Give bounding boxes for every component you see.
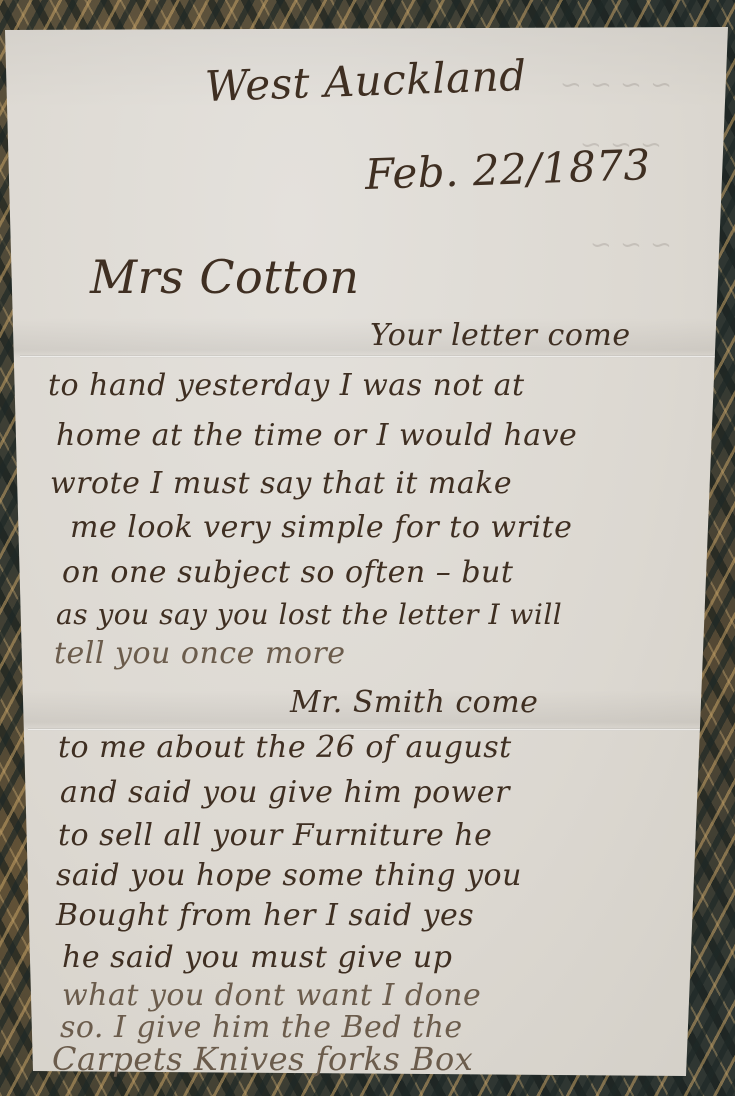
letter-line: to hand yesterday I was not at	[48, 368, 525, 403]
letter-line: as you say you lost the letter I will	[56, 598, 562, 631]
letter-line: on one subject so often – but	[62, 555, 513, 590]
letter-salutation: Mrs Cotton	[90, 250, 360, 304]
letter-line: tell you once more	[54, 636, 345, 671]
letter-line: Bought from her I said yes	[56, 898, 474, 933]
ink-bleed-through: ~ ~ ~	[590, 230, 672, 260]
letter-line: wrote I must say that it make	[50, 466, 512, 501]
letter-date: Feb. 22/1873	[364, 140, 651, 199]
letter-line: me look very simple for to write	[70, 510, 572, 545]
ink-bleed-through: ~ ~ ~ ~	[560, 70, 672, 100]
letter-line: home at the time or I would have	[56, 418, 577, 453]
letter-line: what you dont want I done	[62, 978, 481, 1013]
letter-line: he said you must give up	[62, 940, 452, 975]
letter-line: to sell all your Furniture he	[58, 818, 492, 853]
letter-line: said you hope some thing you	[56, 858, 522, 893]
letter-line: and said you give him power	[60, 775, 510, 810]
letter-line: Carpets Knives forks Box	[52, 1040, 473, 1078]
letter-line: Your letter come	[370, 318, 631, 353]
letter-line: Mr. Smith come	[290, 685, 538, 720]
fold-line-upper	[20, 355, 720, 358]
letter-line: to me about the 26 of august	[58, 730, 512, 765]
